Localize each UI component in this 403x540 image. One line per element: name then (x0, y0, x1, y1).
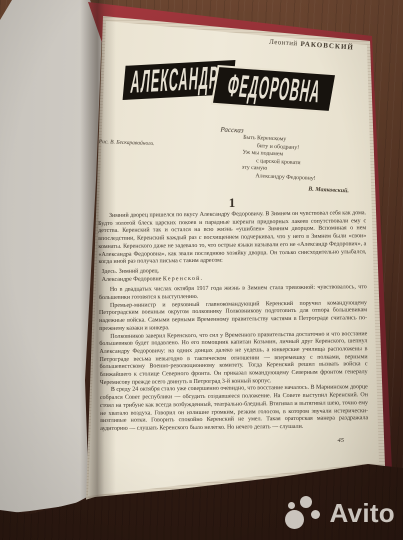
body-text: Зимний дворец пришелся по вкусу Александ… (98, 210, 368, 433)
author-first-name: Леонтий (269, 38, 298, 48)
avito-wordmark: Avito (329, 498, 395, 529)
epigraph-attribution: В. Маяковский. (241, 183, 349, 195)
address-line-2: Александре Федоровне Керенской. (102, 274, 367, 284)
address-block: Здесь. Зимний дворец. Александре Федоров… (102, 267, 367, 285)
page-number: 45 (98, 437, 344, 444)
page-content: ЛеонтийРАКОВСКИЙ АЛЕКСАНДРА ФЕДОРОВНА Ра… (98, 40, 366, 444)
paragraph: Полковников заверил Керенского, что сил … (99, 331, 368, 388)
paragraph: Зимний дворец пришелся по вкусу Александ… (98, 210, 367, 267)
paragraph: В среду 24 октября стало уже совершенно … (100, 385, 368, 434)
illustration-credit: Рис. В. Бескаравайного. (97, 139, 155, 194)
credit-epigraph-row: Рис. В. Бескаравайного. Быть Керенскому … (98, 137, 366, 193)
avito-watermark: Avito (285, 496, 395, 530)
author-surname: РАКОВСКИЙ (300, 40, 354, 52)
epigraph: Быть Керенскому биту и ободрану! Уж мы п… (241, 135, 351, 196)
section-number: 1 (98, 196, 366, 210)
title-line-2: ФЕДОРОВНА (225, 68, 324, 111)
title-art: АЛЕКСАНДРА ФЕДОРОВНА (98, 56, 366, 126)
paragraph: Премьер-министр и верховный главнокоманд… (99, 300, 367, 334)
title-band-2: ФЕДОРОВНА (213, 67, 335, 111)
avito-logo-icon (285, 496, 322, 530)
book-photo: ЛеонтийРАКОВСКИЙ АЛЕКСАНДРА ФЕДОРОВНА Ра… (0, 0, 403, 540)
